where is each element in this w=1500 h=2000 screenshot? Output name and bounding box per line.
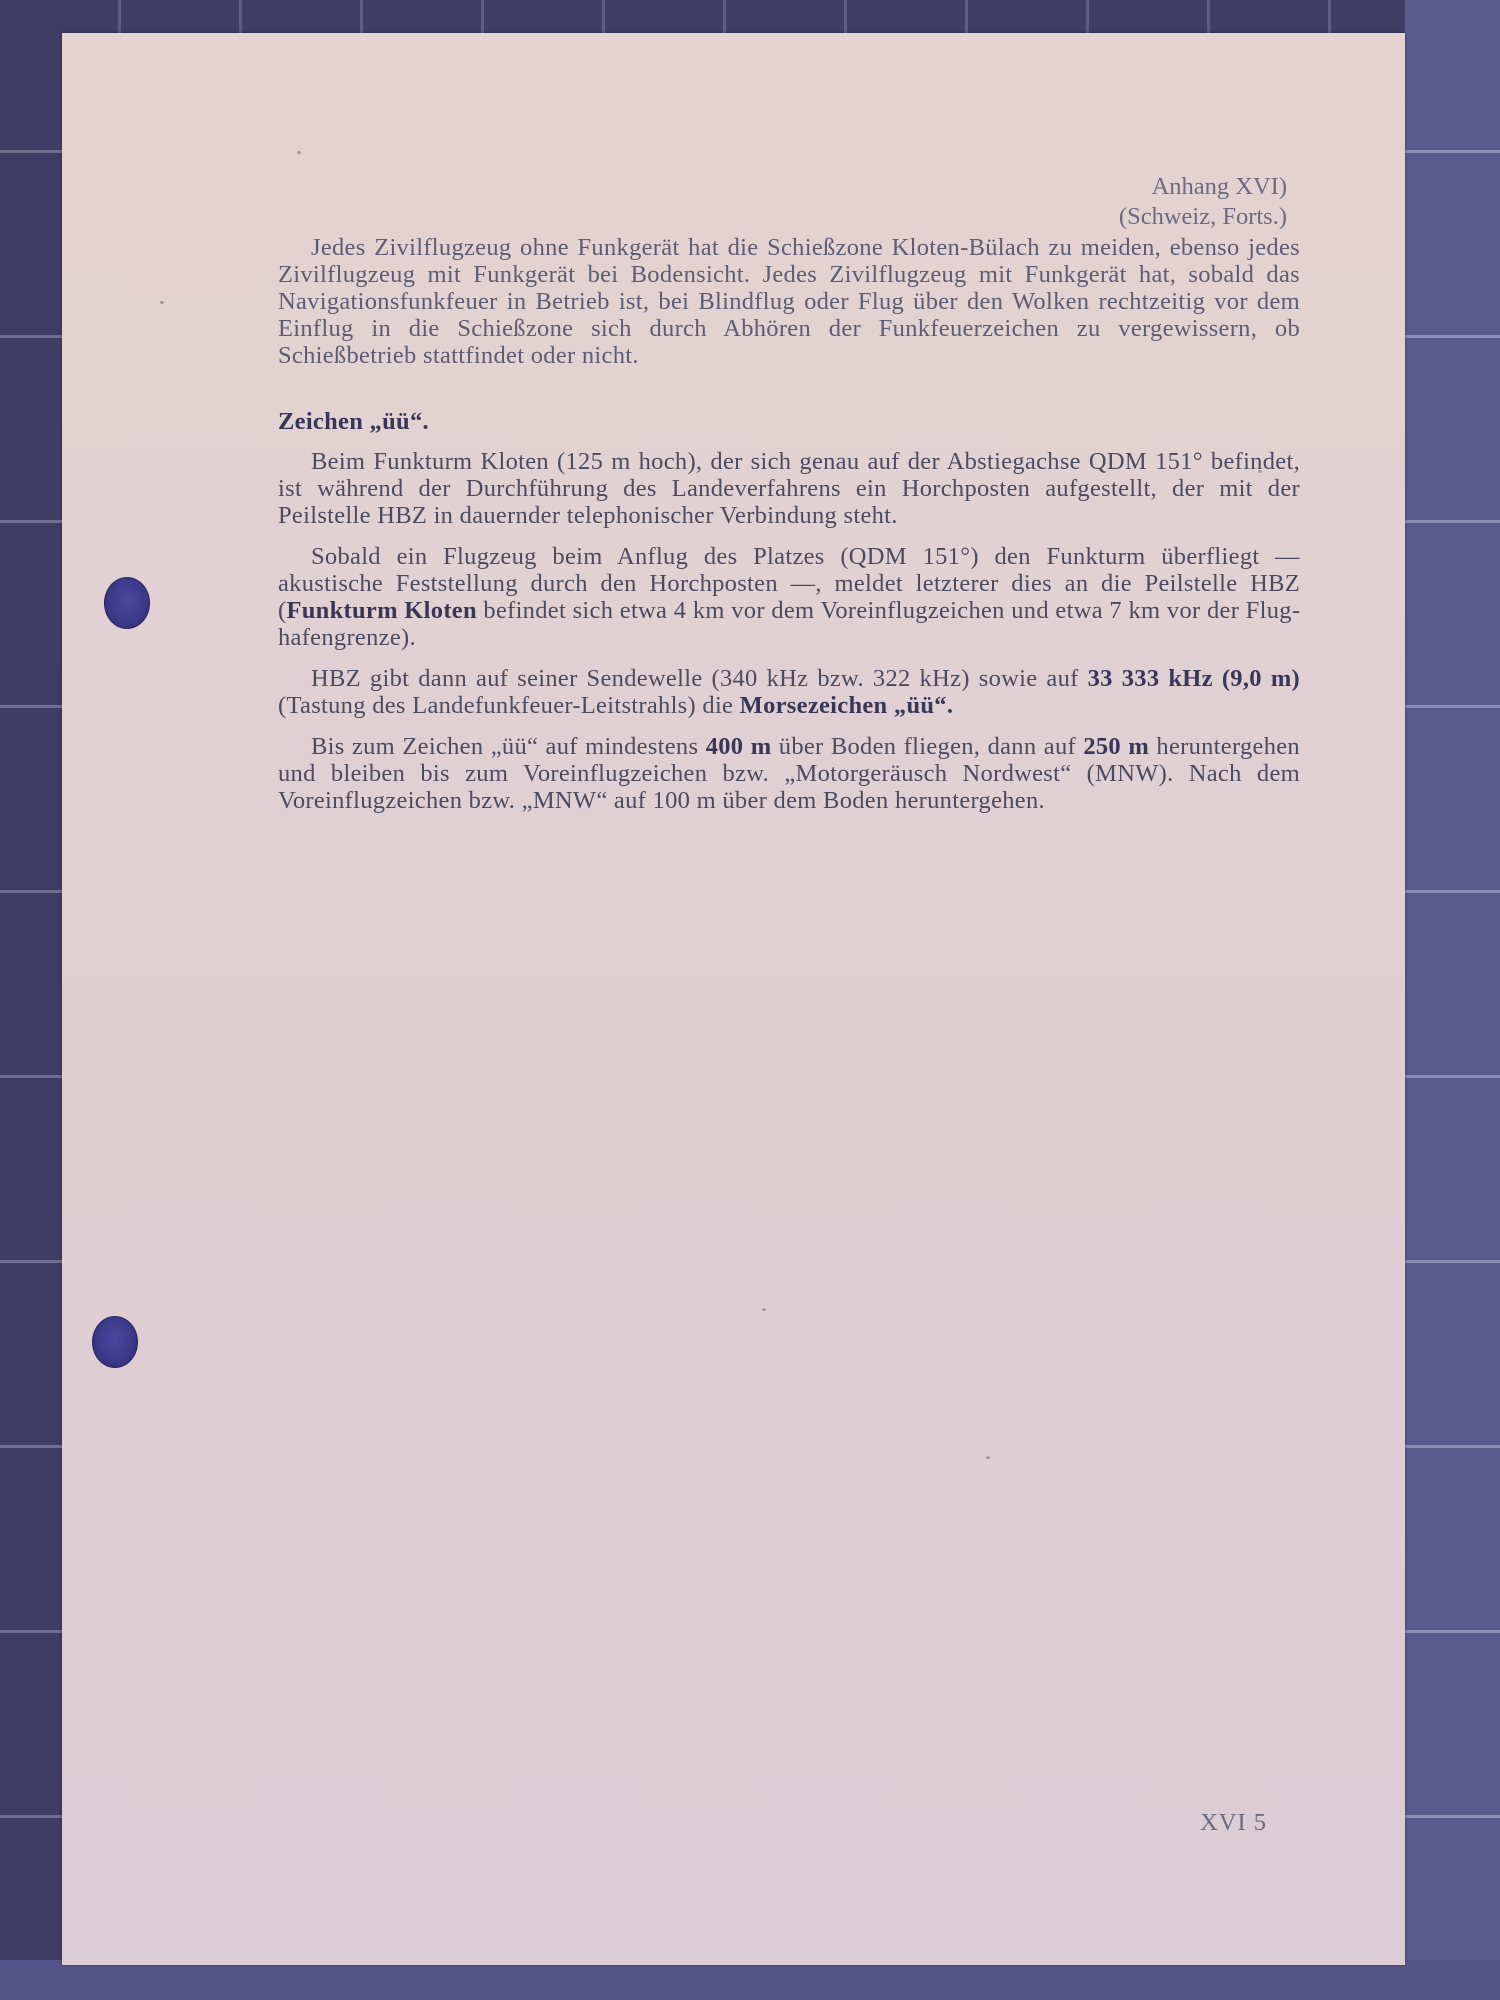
paper-speck: [160, 301, 164, 304]
document-page: Anhang XVI) (Schweiz, Forts.) Jedes Zivi…: [62, 33, 1405, 1965]
punch-hole-top: [104, 577, 150, 629]
appendix-reference-line-1: Anhang XVI): [1119, 172, 1287, 202]
paragraph-text: HBZ gibt dann auf seiner Sendewelle (340…: [311, 665, 1088, 692]
background-surface-bottom: [0, 1960, 1500, 2000]
section-heading: Zeichen „üü“.: [278, 408, 1300, 435]
punch-hole-bottom: [92, 1316, 138, 1368]
paragraph-text: (Tastung des Landefunkfeuer-Leitstrahls)…: [278, 692, 740, 719]
paragraph-text: über Boden fliegen, dann auf: [771, 733, 1083, 760]
paper-speck: [762, 1308, 766, 1311]
paper-speck: [986, 1456, 990, 1459]
paragraph-sendewelle: HBZ gibt dann auf seiner Sendewelle (340…: [278, 665, 1300, 719]
emphasis-funkturm-kloten: Funkturm Kloten: [286, 597, 476, 624]
paragraph-funkturm: Beim Funkturm Kloten (125 m hoch), der s…: [278, 448, 1300, 529]
paragraph-altitudes: Bis zum Zeichen „üü“ auf mindestens 400 …: [278, 733, 1300, 814]
emphasis-morse-signal: Morse­zeichen „üü“.: [740, 692, 954, 719]
appendix-reference-line-2: (Schweiz, Forts.): [1119, 202, 1287, 232]
intro-paragraph: Jedes Zivilflugzeug ohne Funkgerät hat d…: [278, 234, 1300, 369]
paragraph-anflug: Sobald ein Flugzeug beim Anflug des Plat…: [278, 543, 1300, 651]
emphasis-altitude-400: 400 m: [706, 733, 772, 760]
page-number: XVI 5: [1200, 1809, 1267, 1837]
emphasis-frequency: 33 333 kHz (9,0 m): [1088, 665, 1300, 692]
paper-speck: [297, 151, 301, 154]
emphasis-altitude-250: 250 m: [1083, 733, 1149, 760]
appendix-reference: Anhang XVI) (Schweiz, Forts.): [1119, 172, 1287, 232]
background-surface-right: [1405, 0, 1500, 2000]
paragraph-text: Bis zum Zeichen „üü“ auf mindestens: [311, 733, 706, 760]
document-body: Jedes Zivilflugzeug ohne Funkgerät hat d…: [278, 234, 1300, 814]
